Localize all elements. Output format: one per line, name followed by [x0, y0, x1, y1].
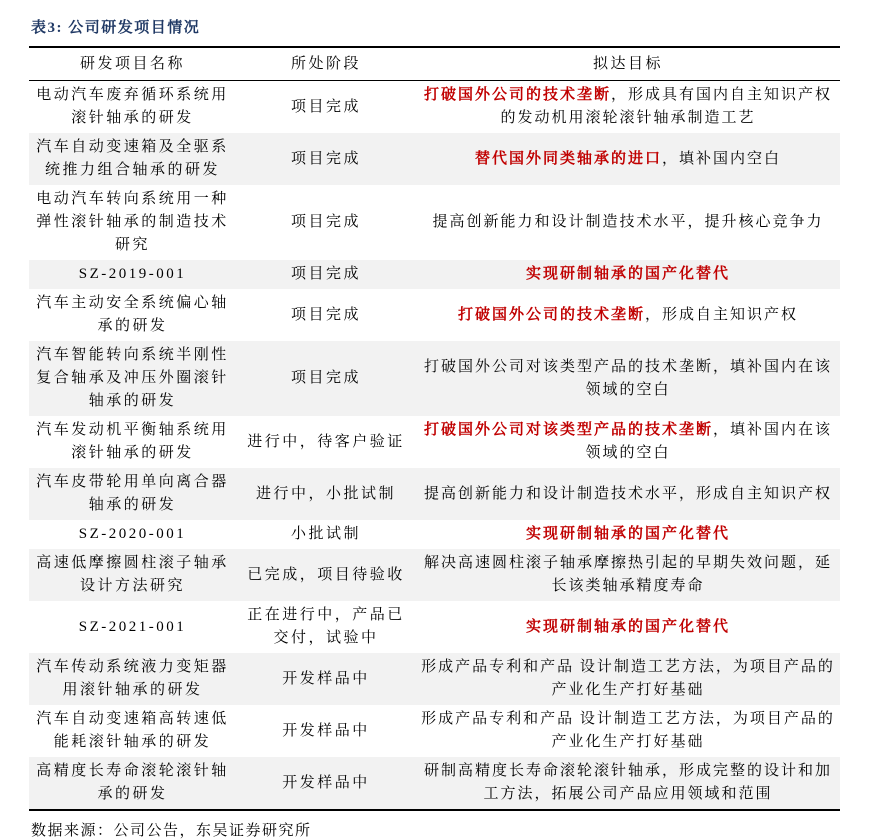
table-row: 汽车传动系统液力变矩器用滚针轴承的研发开发样品中形成产品专利和产品 设计制造工艺… [29, 653, 840, 705]
target-highlight-text: 实现研制轴承的国产化替代 [526, 526, 730, 542]
table-row: 电动汽车废弃循环系统用滚针轴承的研发项目完成打破国外公司的技术垄断，形成具有国内… [29, 81, 840, 134]
project-name-cell: 汽车皮带轮用单向离合器轴承的研发 [29, 468, 236, 520]
table-row: 高速低摩擦圆柱滚子轴承设计方法研究已完成，项目待验收解决高速圆柱滚子轴承摩擦热引… [29, 549, 840, 601]
stage-cell: 正在进行中，产品已交付，试验中 [236, 601, 416, 653]
target-text: 提高创新能力和设计制造技术水平，提升核心竞争力 [432, 214, 823, 230]
col-header-project-name: 研发项目名称 [29, 47, 236, 81]
project-name-cell: 汽车发动机平衡轴系统用滚针轴承的研发 [29, 416, 236, 468]
target-text: 形成产品专利和产品 设计制造工艺方法，为项目产品的产业化生产打好基础 [421, 659, 835, 698]
col-header-target: 拟达目标 [416, 47, 840, 81]
table-row: 汽车智能转向系统半刚性复合轴承及冲压外圈滚针轴承的研发项目完成打破国外公司对该类… [29, 341, 840, 416]
target-text: ，形成自主知识产权 [645, 307, 798, 323]
header-row: 研发项目名称 所处阶段 拟达目标 [29, 47, 840, 81]
stage-cell: 项目完成 [236, 341, 416, 416]
table-row: 汽车皮带轮用单向离合器轴承的研发进行中，小批试制提高创新能力和设计制造技术水平，… [29, 468, 840, 520]
target-cell: 打破国外公司的技术垄断，形成自主知识产权 [416, 289, 840, 341]
stage-cell: 进行中，待客户验证 [236, 416, 416, 468]
target-cell: 研制高精度长寿命滚轮滚针轴承，形成完整的设计和加工方法，拓展公司产品应用领域和范… [416, 757, 840, 810]
project-name-cell: 汽车智能转向系统半刚性复合轴承及冲压外圈滚针轴承的研发 [29, 341, 236, 416]
data-source-note: 数据来源：公司公告，东吴证券研究所 [29, 811, 840, 840]
project-name-cell: 高精度长寿命滚轮滚针轴承的研发 [29, 757, 236, 810]
stage-cell: 项目完成 [236, 185, 416, 260]
project-name-cell: 汽车自动变速箱高转速低能耗滚针轴承的研发 [29, 705, 236, 757]
target-highlight-text: 打破国外公司的技术垄断 [458, 307, 645, 323]
target-text: 解决高速圆柱滚子轴承摩擦热引起的早期失效问题，延长该类轴承精度寿命 [424, 555, 832, 594]
table-row: 电动汽车转向系统用一种弹性滚针轴承的制造技术研究项目完成提高创新能力和设计制造技… [29, 185, 840, 260]
stage-cell: 开发样品中 [236, 653, 416, 705]
target-text: 打破国外公司对该类型产品的技术垄断，填补国内在该领域的空白 [424, 359, 832, 398]
target-cell: 实现研制轴承的国产化替代 [416, 520, 840, 549]
project-name-cell: SZ-2019-001 [29, 260, 236, 289]
stage-cell: 开发样品中 [236, 705, 416, 757]
table-row: 汽车自动变速箱及全驱系统推力组合轴承的研发项目完成替代国外同类轴承的进口，填补国… [29, 133, 840, 185]
stage-cell: 项目完成 [236, 260, 416, 289]
target-highlight-text: 替代国外同类轴承的进口 [475, 151, 662, 167]
target-text: ，填补国内空白 [662, 151, 781, 167]
col-header-stage: 所处阶段 [236, 47, 416, 81]
table-row: SZ-2020-001小批试制实现研制轴承的国产化替代 [29, 520, 840, 549]
table-row: 汽车发动机平衡轴系统用滚针轴承的研发进行中，待客户验证打破国外公司对该类型产品的… [29, 416, 840, 468]
stage-cell: 进行中，小批试制 [236, 468, 416, 520]
stage-cell: 项目完成 [236, 289, 416, 341]
target-text: 形成产品专利和产品 设计制造工艺方法，为项目产品的产业化生产打好基础 [421, 711, 835, 750]
project-name-cell: SZ-2021-001 [29, 601, 236, 653]
project-name-cell: SZ-2020-001 [29, 520, 236, 549]
table-header: 研发项目名称 所处阶段 拟达目标 [29, 47, 840, 81]
rd-projects-table: 研发项目名称 所处阶段 拟达目标 电动汽车废弃循环系统用滚针轴承的研发项目完成打… [29, 46, 840, 811]
project-name-cell: 电动汽车转向系统用一种弹性滚针轴承的制造技术研究 [29, 185, 236, 260]
stage-cell: 小批试制 [236, 520, 416, 549]
stage-cell: 已完成，项目待验收 [236, 549, 416, 601]
report-page: 表3: 公司研发项目情况 研发项目名称 所处阶段 拟达目标 电动汽车废弃循环系统… [0, 0, 869, 840]
target-highlight-text: 实现研制轴承的国产化替代 [526, 266, 730, 282]
target-cell: 提高创新能力和设计制造技术水平，形成自主知识产权 [416, 468, 840, 520]
target-cell: 打破国外公司的技术垄断，形成具有国内自主知识产权的发动机用滚轮滚针轴承制造工艺 [416, 81, 840, 134]
table-row: SZ-2019-001项目完成实现研制轴承的国产化替代 [29, 260, 840, 289]
target-cell: 实现研制轴承的国产化替代 [416, 601, 840, 653]
project-name-cell: 电动汽车废弃循环系统用滚针轴承的研发 [29, 81, 236, 134]
target-cell: 实现研制轴承的国产化替代 [416, 260, 840, 289]
project-name-cell: 高速低摩擦圆柱滚子轴承设计方法研究 [29, 549, 236, 601]
target-cell: 打破国外公司对该类型产品的技术垄断，填补国内在该领域的空白 [416, 416, 840, 468]
target-highlight-text: 打破国外公司的技术垄断 [424, 87, 611, 103]
table-title: 表3: 公司研发项目情况 [29, 12, 840, 46]
stage-cell: 开发样品中 [236, 757, 416, 810]
target-cell: 打破国外公司对该类型产品的技术垄断，填补国内在该领域的空白 [416, 341, 840, 416]
target-cell: 形成产品专利和产品 设计制造工艺方法，为项目产品的产业化生产打好基础 [416, 653, 840, 705]
stage-cell: 项目完成 [236, 81, 416, 134]
target-cell: 替代国外同类轴承的进口，填补国内空白 [416, 133, 840, 185]
table-body: 电动汽车废弃循环系统用滚针轴承的研发项目完成打破国外公司的技术垄断，形成具有国内… [29, 81, 840, 811]
stage-cell: 项目完成 [236, 133, 416, 185]
table-row: SZ-2021-001正在进行中，产品已交付，试验中实现研制轴承的国产化替代 [29, 601, 840, 653]
project-name-cell: 汽车自动变速箱及全驱系统推力组合轴承的研发 [29, 133, 236, 185]
target-highlight-text: 打破国外公司对该类型产品的技术垄断 [424, 422, 713, 438]
table-row: 汽车主动安全系统偏心轴承的研发项目完成打破国外公司的技术垄断，形成自主知识产权 [29, 289, 840, 341]
project-name-cell: 汽车传动系统液力变矩器用滚针轴承的研发 [29, 653, 236, 705]
target-highlight-text: 实现研制轴承的国产化替代 [526, 619, 730, 635]
target-cell: 解决高速圆柱滚子轴承摩擦热引起的早期失效问题，延长该类轴承精度寿命 [416, 549, 840, 601]
project-name-cell: 汽车主动安全系统偏心轴承的研发 [29, 289, 236, 341]
table-row: 汽车自动变速箱高转速低能耗滚针轴承的研发开发样品中形成产品专利和产品 设计制造工… [29, 705, 840, 757]
target-text: 提高创新能力和设计制造技术水平，形成自主知识产权 [424, 486, 832, 502]
target-cell: 形成产品专利和产品 设计制造工艺方法，为项目产品的产业化生产打好基础 [416, 705, 840, 757]
target-cell: 提高创新能力和设计制造技术水平，提升核心竞争力 [416, 185, 840, 260]
table-row: 高精度长寿命滚轮滚针轴承的研发开发样品中研制高精度长寿命滚轮滚针轴承，形成完整的… [29, 757, 840, 810]
target-text: 研制高精度长寿命滚轮滚针轴承，形成完整的设计和加工方法，拓展公司产品应用领域和范… [424, 763, 832, 802]
